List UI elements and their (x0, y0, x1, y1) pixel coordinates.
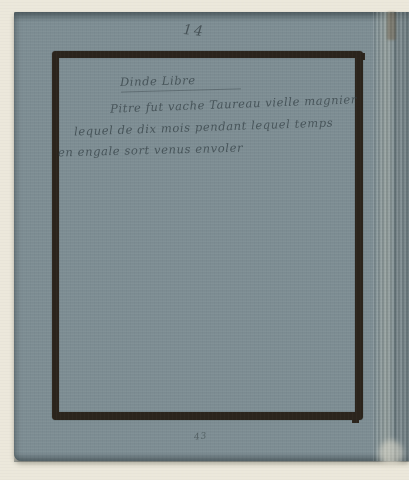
inscription-title: Dinde Libre (120, 73, 196, 89)
scanned-document: 14 Dinde Libre Pitre fut vache Taureau v… (0, 0, 409, 480)
folio-number: 14 (182, 22, 205, 40)
bottom-pencil-mark: 43 (194, 431, 208, 442)
edge-notch (387, 12, 396, 40)
edge-highlight (379, 440, 403, 466)
book-fore-edge (373, 12, 409, 461)
